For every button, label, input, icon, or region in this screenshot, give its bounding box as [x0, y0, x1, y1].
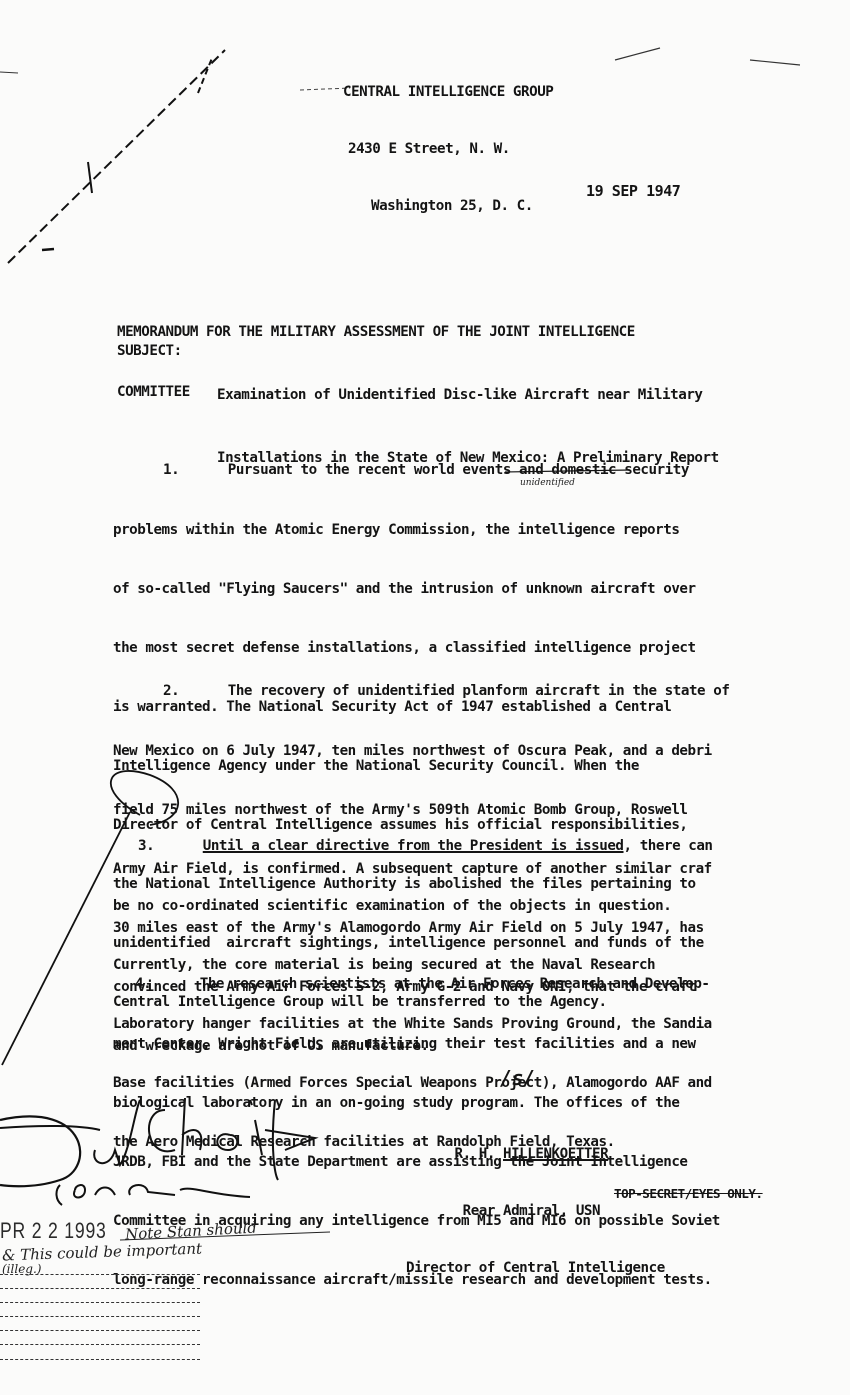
agency-name: CENTRAL INTELLIGENCE GROUP	[343, 83, 553, 102]
paragraph-line: ment Center, Wright Field, are utilizing…	[113, 1035, 720, 1055]
paragraph-number: 3.	[113, 838, 154, 854]
ruled-line	[0, 1274, 200, 1275]
paragraph-number: 1.	[113, 462, 179, 478]
sig-left: R. H.	[365, 1145, 503, 1164]
sig-left: Director of	[365, 1259, 503, 1278]
paragraph-line: Pursuant to the recent world events and …	[179, 462, 689, 478]
paragraph-line: New Mexico on 6 July 1947, ten miles nor…	[113, 742, 729, 762]
paragraph-line: The recovery of unidentified planform ai…	[179, 683, 729, 699]
signatory-name: HILLENKOETTER	[503, 1145, 608, 1164]
handwritten-correction: unidentified	[520, 478, 575, 488]
signature-block: R. H.HILLENKOETTER RearAdmiral, USN Dire…	[365, 1107, 665, 1297]
signed-mark: /s/	[500, 1066, 535, 1090]
paragraph-line: problems within the Atomic Energy Commis…	[113, 521, 704, 541]
underlined-text: Until a clear directive from the Preside…	[203, 838, 624, 854]
received-date-stamp: PR 2 2 1993	[0, 1218, 107, 1244]
sig-left: Rear	[365, 1202, 503, 1221]
ruled-line	[0, 1316, 200, 1317]
ruled-line	[0, 1302, 200, 1303]
document-date: 19 SEP 1947	[586, 182, 680, 200]
address-street: 2430 E Street, N. W.	[343, 140, 553, 159]
paragraph-line: The research scientists at the Air Force…	[151, 976, 709, 992]
subject-label: SUBJECT:	[117, 343, 182, 359]
ruled-line	[0, 1359, 200, 1360]
sig-right: Admiral, USN	[503, 1202, 600, 1221]
memorandum-line-1: MEMORANDUM FOR THE MILITARY ASSESSMENT O…	[117, 322, 635, 342]
ruled-line	[0, 1288, 200, 1289]
paragraph-line: be no co-ordinated scientific examinatio…	[113, 897, 713, 917]
classification-marking: TOP-SECRET/EYES ONLY.	[614, 1186, 763, 1201]
sig-right: Central Intelligence	[503, 1259, 665, 1278]
paragraph-number: 2.	[113, 683, 179, 699]
ruled-line	[0, 1344, 200, 1345]
address-city: Washington 25, D. C.	[343, 197, 553, 216]
subject-line-1: Examination of Unidentified Disc-like Ai…	[217, 385, 719, 406]
ruled-line	[0, 1330, 200, 1331]
paragraph-line: of so-called "Flying Saucers" and the in…	[113, 580, 704, 600]
paragraph-line: , there can	[624, 838, 713, 854]
letterhead: CENTRAL INTELLIGENCE GROUP 2430 E Street…	[343, 45, 553, 235]
paragraph-number: 4.	[113, 976, 151, 992]
